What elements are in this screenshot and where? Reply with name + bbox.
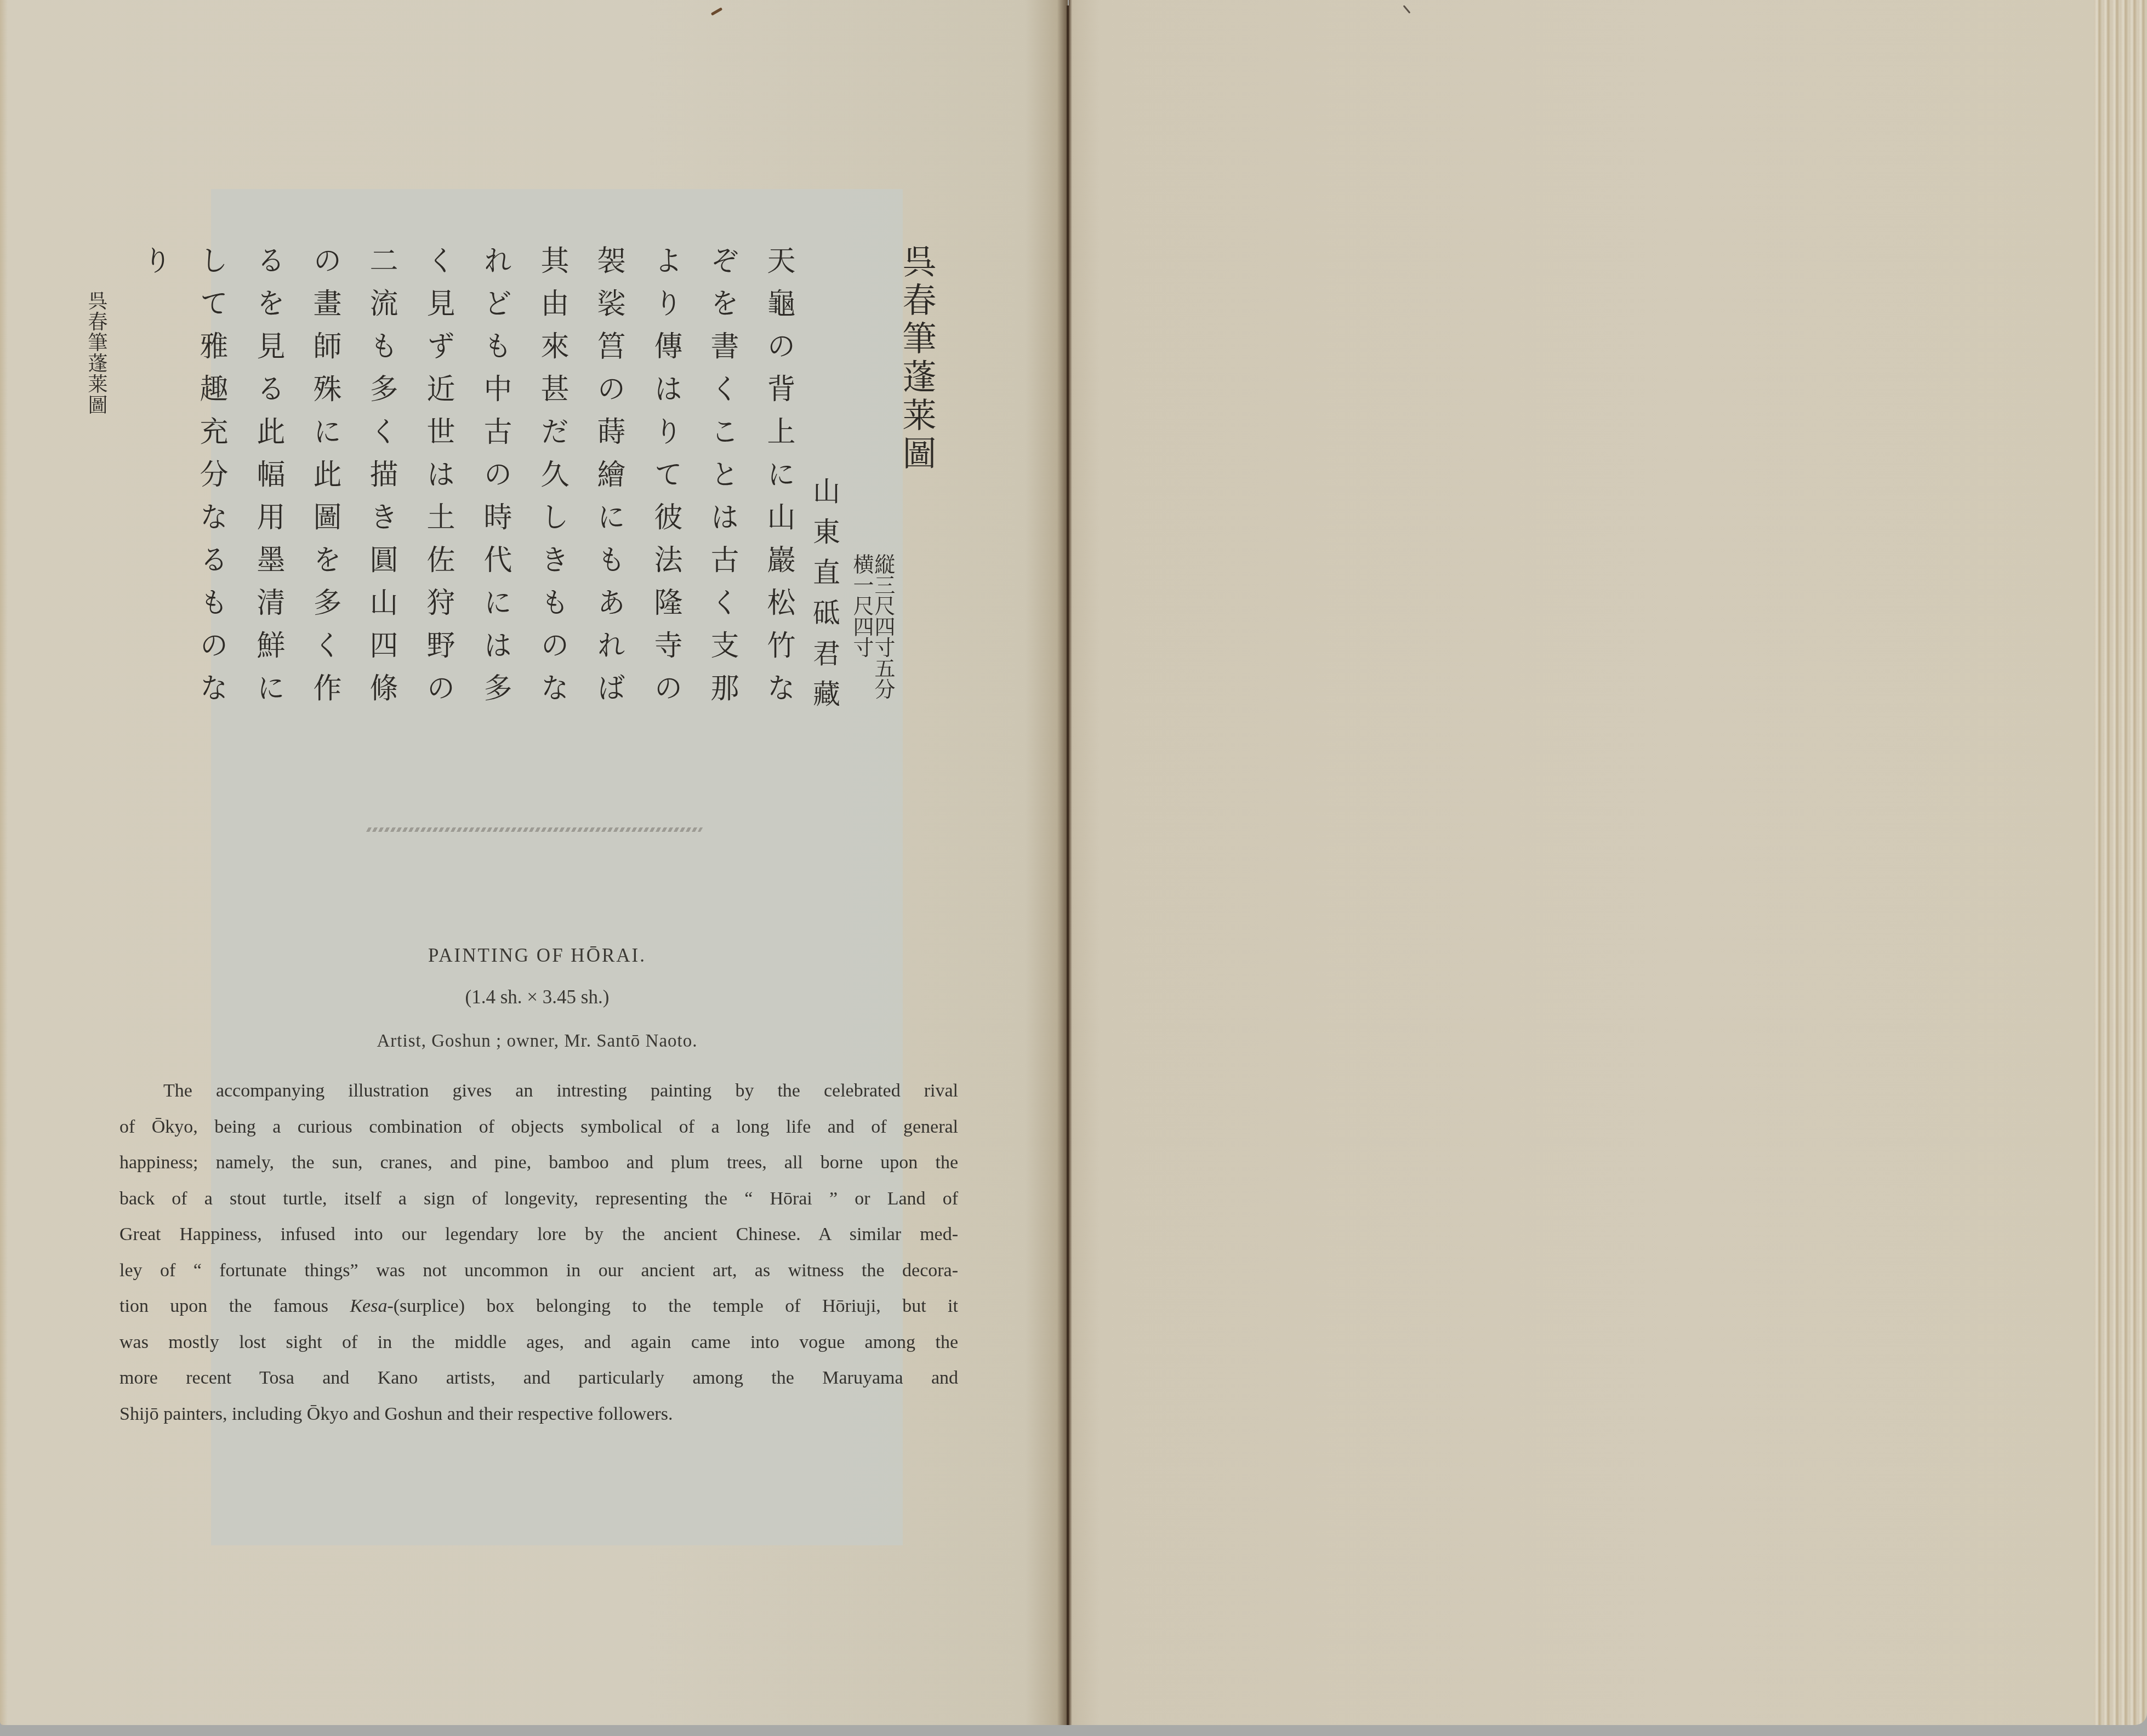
body-column-9: の畫師殊に此圖を多く作: [304, 245, 345, 716]
english-credit: Artist, Goshun ; owner, Mr. Santō Naoto.: [110, 1031, 965, 1052]
body-column-4: 袈裟筥の蒔繪にもあれば: [588, 245, 629, 716]
body-column-10: るを見る此幅用墨清鮮に: [248, 245, 289, 716]
book-spread: 呉春筆蓬莱圖 呉春筆蓬莱圖 縦三尺四寸五分 横一尺四寸 山東直砥君藏 天龜の背上…: [0, 0, 2147, 1726]
owner-attribution: 山東直砥君藏: [805, 477, 844, 720]
paragraph-line: happiness; namely, the sun, cranes, and …: [119, 1145, 958, 1181]
paragraph-line: back of a stout turtle, itself a sign of…: [119, 1181, 958, 1217]
dimensions-width: 横一尺四寸: [851, 553, 872, 658]
body-column-11: して雅趣充分なるものな: [191, 245, 232, 716]
body-column-2: ぞを書くことは古く支那: [702, 245, 743, 716]
body-column-6: れども中古の時代には多: [475, 245, 516, 716]
body-column-12: り: [134, 245, 175, 288]
running-head: 呉春筆蓬莱圖: [82, 290, 110, 415]
english-paragraph: The accompanying illustration gives an i…: [119, 1073, 958, 1432]
paragraph-line: tion upon the famous Kesa-(surplice) box…: [119, 1288, 958, 1324]
body-column-7: く見ず近世は土佐狩野の: [418, 245, 459, 716]
paragraph-line: was mostly lost sight of in the middle a…: [119, 1324, 958, 1361]
paragraph-line: ley of “ fortunate things” was not uncom…: [119, 1253, 958, 1289]
body-column-5: 其由來甚だ久しきものな: [532, 245, 573, 716]
body-column-3: より傳はりて彼法隆寺の: [645, 245, 686, 716]
japanese-title: 呉春筆蓬莱圖: [892, 244, 941, 474]
right-page: [1069, 0, 2094, 1725]
body-column-8: 二流も多く描き圓山四條: [361, 245, 402, 716]
paragraph-line: Shijō painters, including Ōkyo and Goshu…: [119, 1396, 958, 1432]
paragraph-line: The accompanying illustration gives an i…: [119, 1073, 958, 1109]
left-page: 呉春筆蓬莱圖 呉春筆蓬莱圖 縦三尺四寸五分 横一尺四寸 山東直砥君藏 天龜の背上…: [0, 0, 1068, 1725]
english-title: PAINTING OF HŌRAI.: [110, 945, 965, 967]
paragraph-line: of Ōkyo, being a curious combination of …: [119, 1109, 958, 1145]
paper-speck: [1403, 5, 1411, 14]
line-text: (surplice) box belonging to the temple o…: [394, 1296, 958, 1316]
body-column-1: 天龜の背上に山巖松竹な: [758, 245, 799, 716]
paragraph-line: more recent Tosa and Kano artists, and p…: [119, 1360, 958, 1396]
page-fore-edge: [2094, 0, 2147, 1725]
english-dimensions: (1.4 sh. × 3.45 sh.): [110, 986, 965, 1008]
wavy-divider: [366, 827, 703, 832]
dimensions-height: 縦三尺四寸五分: [873, 553, 893, 699]
paragraph-line: Great Happiness, infused into our legend…: [119, 1217, 958, 1253]
italic-term: Kesa-: [350, 1296, 393, 1316]
line-text: tion upon the famous: [119, 1296, 350, 1316]
paper-speck: [711, 7, 723, 15]
